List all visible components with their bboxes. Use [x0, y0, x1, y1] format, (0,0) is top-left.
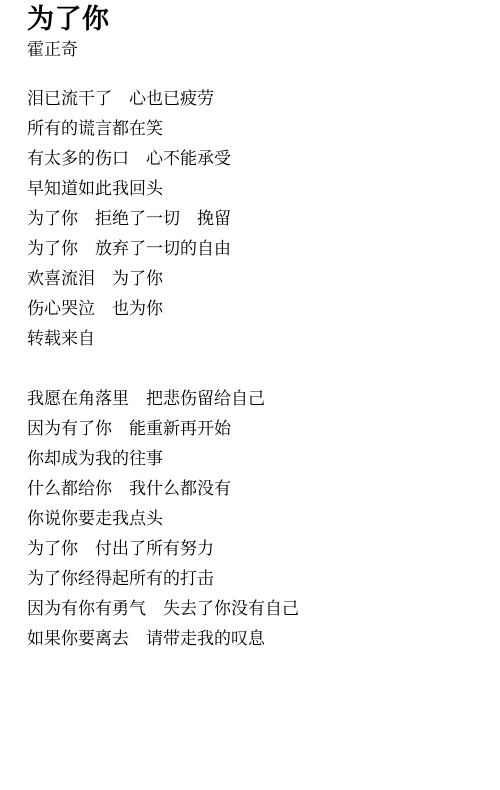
lyric-line: 如果你要离去 请带走我的叹息: [27, 624, 480, 654]
lyric-line: 为了你 放弃了一切的自由: [27, 234, 480, 264]
lyric-line: 你却成为我的往事: [27, 444, 480, 474]
lyric-line-spacer: [27, 354, 480, 384]
lyric-line: 因为有你有勇气 失去了你没有自己: [27, 594, 480, 624]
lyric-line: 泪已流干了 心也已疲劳: [27, 84, 480, 114]
lyric-line: 有太多的伤口 心不能承受: [27, 144, 480, 174]
lyric-line: 早知道如此我回头: [27, 174, 480, 204]
lyric-line: 你说你要走我点头: [27, 504, 480, 534]
lyrics-block: 泪已流干了 心也已疲劳 所有的谎言都在笑 有太多的伤口 心不能承受 早知道如此我…: [27, 84, 480, 654]
page-title: 为了你: [27, 0, 480, 38]
lyric-line: 欢喜流泪 为了你: [27, 264, 480, 294]
lyric-line: 因为有了你 能重新再开始: [27, 414, 480, 444]
lyrics-page: 为了你 霍正奇 泪已流干了 心也已疲劳 所有的谎言都在笑 有太多的伤口 心不能承…: [0, 0, 500, 790]
lyric-line: 为了你 付出了所有努力: [27, 534, 480, 564]
artist-name: 霍正奇: [27, 38, 480, 62]
lyric-line: 什么都给你 我什么都没有: [27, 474, 480, 504]
lyric-line: 为了你 拒绝了一切 挽留: [27, 204, 480, 234]
lyric-line: 伤心哭泣 也为你: [27, 294, 480, 324]
lyric-line: 为了你经得起所有的打击: [27, 564, 480, 594]
lyric-line: 我愿在角落里 把悲伤留给自己: [27, 384, 480, 414]
lyric-line: 所有的谎言都在笑: [27, 114, 480, 144]
lyric-line: 转载来自: [27, 324, 480, 354]
